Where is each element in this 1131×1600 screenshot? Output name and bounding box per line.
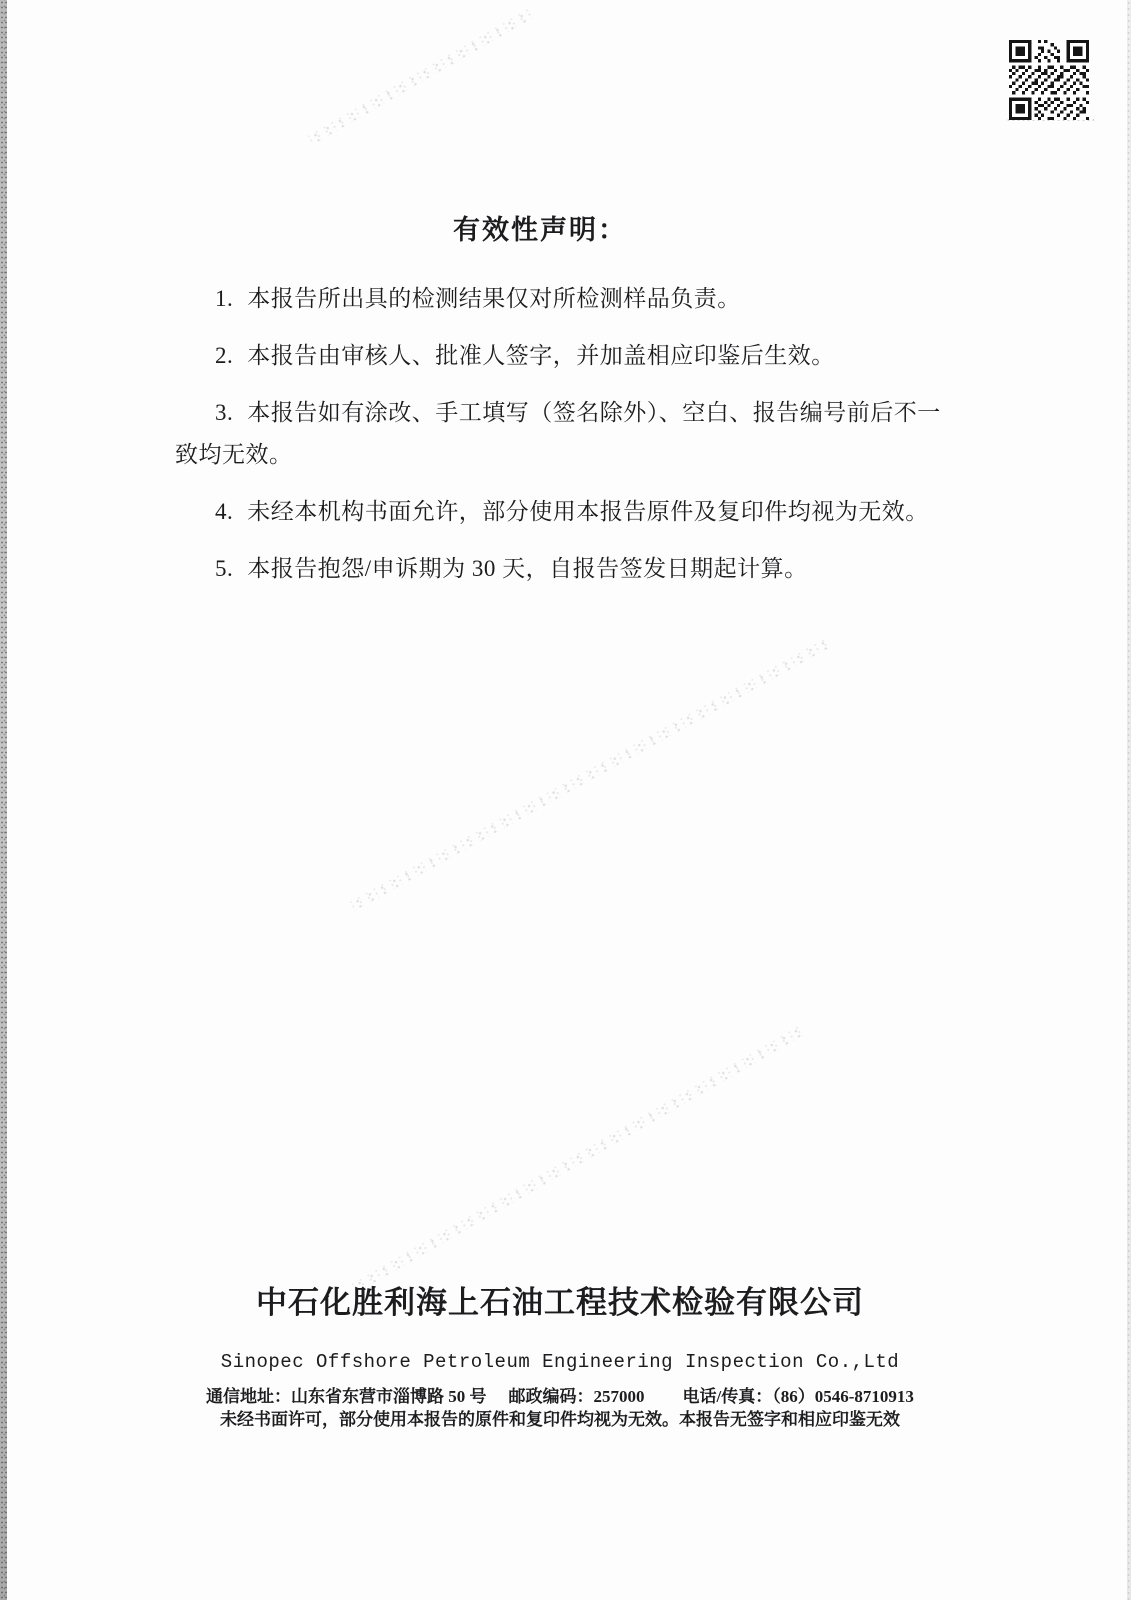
statement-item: 2.本报告由审核人、批准人签字，并加盖相应印鉴后生效。 xyxy=(175,335,947,377)
watermark-artifact xyxy=(352,1024,807,1293)
statement-item: 1.本报告所出具的检测结果仅对所检测样品负责。 xyxy=(175,278,947,320)
scan-edge-artifact-right xyxy=(1127,0,1131,1600)
statement-number: 5. xyxy=(215,556,233,581)
watermark-artifact xyxy=(350,638,832,911)
scanned-report-page: 有效性声明： 1.本报告所出具的检测结果仅对所检测样品负责。 2.本报告由审核人… xyxy=(0,0,1131,1600)
statement-number: 1. xyxy=(215,286,233,311)
statement-text: 本报告所出具的检测结果仅对所检测样品负责。 xyxy=(247,286,741,311)
statement-text: 未经本机构书面允许，部分使用本报告原件及复印件均视为无效。 xyxy=(247,499,929,524)
statement-number: 4. xyxy=(215,499,233,524)
contact-phone-fax: 电话/传真：（86）0546-8710913 xyxy=(683,1385,914,1408)
statement-list: 1.本报告所出具的检测结果仅对所检测样品负责。 2.本报告由审核人、批准人签字，… xyxy=(175,278,947,605)
company-name-cn: 中石化胜利海上石油工程技术检验有限公司 xyxy=(0,1283,1120,1323)
usage-notice: 未经书面许可，部分使用本报告的原件和复印件均视为无效。本报告无签字和相应印鉴无效 xyxy=(0,1408,1120,1431)
contact-line: 通信地址：山东省东营市淄博路 50 号 邮政编码：257000 电话/传真：（8… xyxy=(0,1385,1120,1408)
statement-text: 本报告如有涂改、手工填写（签名除外）、空白、报告编号前后不一致均无效。 xyxy=(175,400,941,467)
statement-text: 本报告由审核人、批准人签字，并加盖相应印鉴后生效。 xyxy=(247,343,835,368)
watermark-artifact xyxy=(308,8,535,145)
statement-text: 本报告抱怨/申诉期为 30 天，自报告签发日期起计算。 xyxy=(247,556,807,581)
qr-code-icon xyxy=(1008,40,1090,120)
contact-postcode: 邮政编码：257000 xyxy=(509,1385,645,1408)
footer-company-block: 中石化胜利海上石油工程技术检验有限公司 Sinopec Offshore Pet… xyxy=(0,1283,1120,1431)
statement-number: 2. xyxy=(215,343,233,368)
contact-address: 通信地址：山东省东营市淄博路 50 号 xyxy=(206,1385,487,1408)
page-title: 有效性声明： xyxy=(0,208,1080,247)
statement-item: 3.本报告如有涂改、手工填写（签名除外）、空白、报告编号前后不一致均无效。 xyxy=(175,392,947,476)
statement-item: 4.未经本机构书面允许，部分使用本报告原件及复印件均视为无效。 xyxy=(175,491,947,533)
statement-number: 3. xyxy=(215,400,233,425)
statement-item: 5.本报告抱怨/申诉期为 30 天，自报告签发日期起计算。 xyxy=(175,548,947,590)
company-name-en: Sinopec Offshore Petroleum Engineering I… xyxy=(0,1350,1120,1374)
